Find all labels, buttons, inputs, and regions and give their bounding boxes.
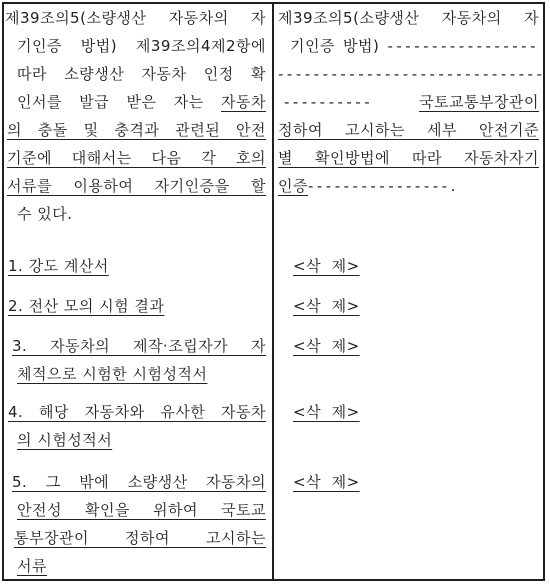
text-segment: 국토교통부장관이 bbox=[419, 93, 539, 111]
text-line: 수 있다. bbox=[17, 200, 73, 228]
text-segment: 의 충돌 및 충격과 관련된 안전 bbox=[7, 121, 266, 139]
text-segment: <삭 제> bbox=[293, 403, 360, 421]
text-segment: 안전성 확인을 위하여 국토교 bbox=[17, 501, 266, 519]
text-segment: 서류를 이용하여 자기인증을 할 bbox=[7, 177, 266, 195]
text-segment: 서류 bbox=[17, 557, 47, 575]
text-line: 의 시험성적서 bbox=[17, 426, 112, 454]
text-line: ---------- 국토교통부장관이 bbox=[284, 88, 539, 116]
text-line: 인증----------------. bbox=[278, 172, 456, 200]
text-segment: 기인증 방법) 제39조의4제2항에 bbox=[17, 37, 266, 55]
text-segment: . bbox=[451, 177, 456, 195]
text-line: <삭 제> bbox=[293, 292, 360, 320]
text-line: ------------------------------ bbox=[278, 60, 545, 88]
dash-run: ---------------- bbox=[308, 177, 451, 195]
text-segment: 정하여 고시하는 세부 안전기준 bbox=[278, 121, 539, 139]
document-page: 제39조의5(소량생산 자동차의 자기인증 방법) 제39조의4제2항에따라 소… bbox=[0, 0, 550, 585]
column-divider bbox=[272, 2, 274, 581]
column-current-text: 제39조의5(소량생산 자동차의 자기인증 방법) 제39조의4제2항에따라 소… bbox=[2, 2, 272, 581]
text-line: 제39조의5(소량생산 자동차의 자 bbox=[5, 4, 266, 32]
text-segment: <삭 제> bbox=[293, 297, 360, 315]
text-line: 1. 강도 계산서 bbox=[8, 252, 109, 280]
text-line: <삭 제> bbox=[293, 332, 360, 360]
text-segment: 인증 bbox=[278, 177, 308, 195]
text-segment: 기준에 대해서는 다음 각 호의 bbox=[7, 149, 266, 167]
text-line: 5. 그 밖에 소량생산 자동차의 bbox=[12, 468, 266, 496]
dash-run: ----------------- bbox=[387, 37, 539, 55]
text-line: 의 충돌 및 충격과 관련된 안전 bbox=[7, 116, 266, 144]
text-segment: 5. 그 밖에 소량생산 자동차의 bbox=[12, 473, 266, 491]
text-segment: 수 있다. bbox=[17, 205, 73, 223]
text-line: <삭 제> bbox=[293, 468, 360, 496]
text-segment: 제39조의5(소량생산 자동차의 자 bbox=[278, 9, 539, 27]
text-segment: 통부장관이 정하여 고시하는 bbox=[14, 529, 266, 547]
text-segment: 의 시험성적서 bbox=[17, 431, 112, 449]
text-line: 제39조의5(소량생산 자동차의 자 bbox=[278, 4, 539, 32]
text-line: 통부장관이 정하여 고시하는 bbox=[14, 524, 266, 552]
text-segment: 기인증 방법) bbox=[290, 37, 387, 55]
text-segment: 3. 자동차의 제작·조립자가 자 bbox=[12, 337, 266, 355]
text-line: 기준에 대해서는 다음 각 호의 bbox=[7, 144, 266, 172]
text-segment: <삭 제> bbox=[293, 473, 360, 491]
dash-run: ------------------------------ bbox=[278, 65, 545, 83]
text-segment: <삭 제> bbox=[293, 337, 360, 355]
text-segment: 4. 해당 자동차와 유사한 자동차 bbox=[8, 403, 266, 421]
text-line: <삭 제> bbox=[293, 252, 360, 280]
text-line: 인서를 발급 받은 자는 자동차 bbox=[17, 88, 266, 116]
text-segment: <삭 제> bbox=[293, 257, 360, 275]
text-line: 서류 bbox=[17, 552, 47, 580]
text-line: 별 확인방법에 따라 자동차자기 bbox=[278, 144, 539, 172]
text-segment: 인서를 발급 받은 자는 bbox=[17, 93, 221, 111]
text-line: 3. 자동차의 제작·조립자가 자 bbox=[12, 332, 266, 360]
text-line: 기인증 방법) 제39조의4제2항에 bbox=[17, 32, 266, 60]
text-line: 체적으로 시험한 시험성적서 bbox=[17, 360, 207, 388]
text-line: 4. 해당 자동차와 유사한 자동차 bbox=[8, 398, 266, 426]
text-line: 정하여 고시하는 세부 안전기준 bbox=[278, 116, 539, 144]
text-line: 기인증 방법) ----------------- bbox=[290, 32, 539, 60]
text-line: 안전성 확인을 위하여 국토교 bbox=[17, 496, 266, 524]
text-line: 2. 전산 모의 시험 결과 bbox=[8, 292, 164, 320]
text-segment: 별 확인방법에 따라 자동차자기 bbox=[278, 149, 539, 167]
text-segment: 2. 전산 모의 시험 결과 bbox=[8, 297, 164, 315]
text-segment: 1. 강도 계산서 bbox=[8, 257, 109, 275]
text-line: 따라 소량생산 자동차 인정 확 bbox=[17, 60, 266, 88]
dash-run: ---------- bbox=[284, 93, 419, 111]
text-line: 서류를 이용하여 자기인증을 할 bbox=[7, 172, 266, 200]
text-segment: 자동차 bbox=[221, 93, 266, 111]
text-segment: 따라 소량생산 자동차 인정 확 bbox=[17, 65, 266, 83]
text-line: <삭 제> bbox=[293, 398, 360, 426]
text-segment: 제39조의5(소량생산 자동차의 자 bbox=[5, 9, 266, 27]
text-segment: 체적으로 시험한 시험성적서 bbox=[17, 365, 207, 383]
column-revised-text: 제39조의5(소량생산 자동차의 자기인증 방법) --------------… bbox=[275, 2, 545, 581]
